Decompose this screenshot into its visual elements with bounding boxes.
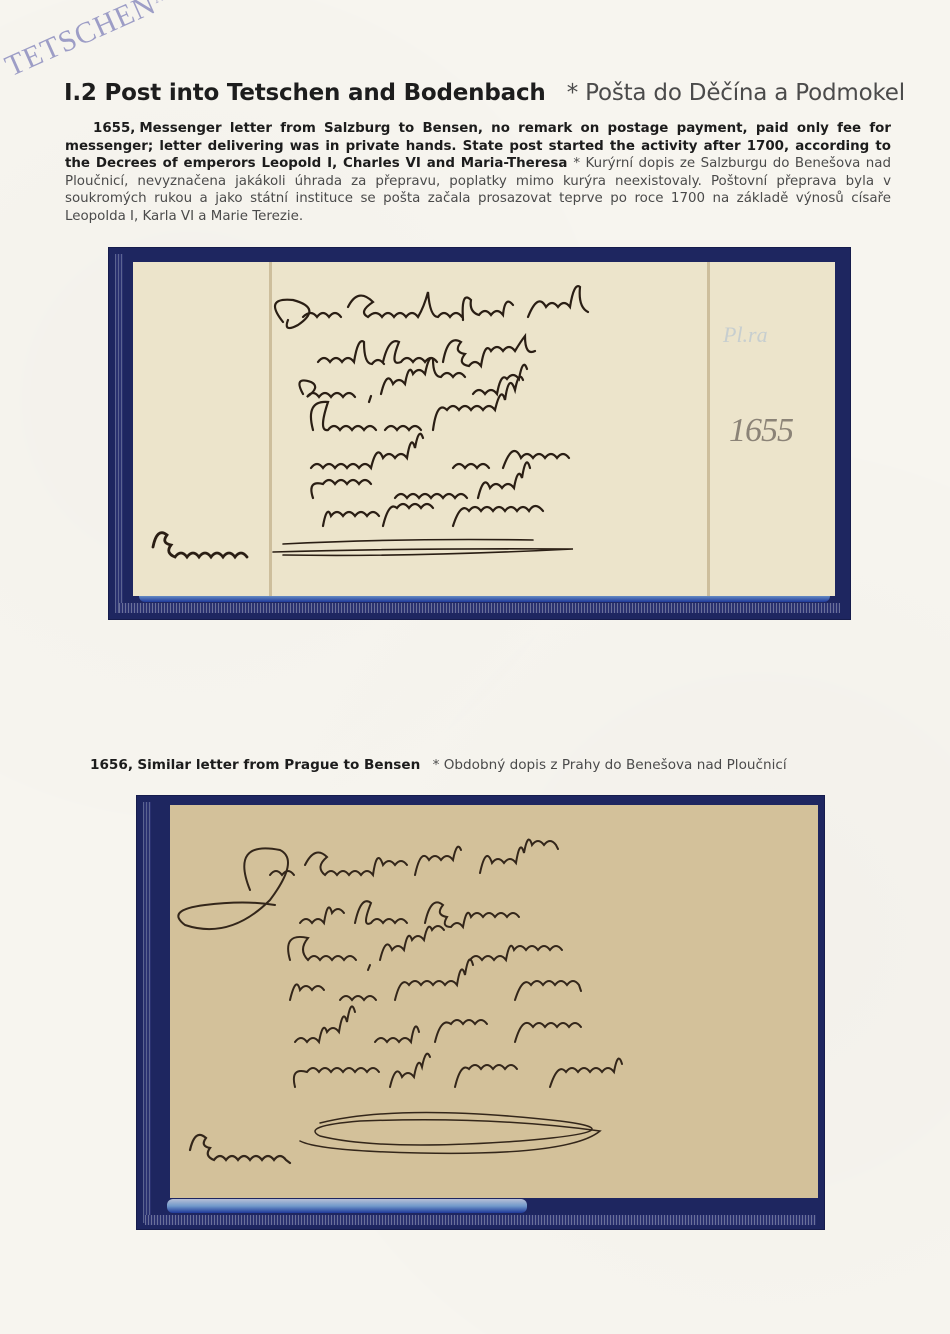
page-title: I.2 Post into Tetschen and Bodenbach * P… [64, 80, 894, 106]
exhibit-2-caption: 1656, Similar letter from Prague to Bens… [90, 757, 787, 773]
handwritten-address [133, 262, 835, 596]
letter-2-paper: Bensen. [170, 805, 818, 1198]
letter-1-paper: Pl.ra 1655 Bensen [133, 262, 835, 596]
stamp-main-text: TETSCHEN [0, 0, 161, 83]
mount-glare [167, 1199, 527, 1213]
letter-1-mount: Pl.ra 1655 Bensen [109, 248, 850, 619]
tetschen-postmark-stamp: TETSCHENA/DELBE [0, 0, 227, 84]
handwritten-address [170, 805, 818, 1198]
exhibit-1-year: 1655, [93, 121, 135, 136]
page-title-cz: * Pošta do Děčína a Podmokel [567, 80, 905, 106]
exhibit-1-description: 1655,Messenger letter from Salzburg to B… [65, 120, 891, 226]
exhibit-2-year: 1656, [90, 757, 133, 773]
stamp-ad-text: A/D [151, 0, 184, 7]
exhibit-2-caption-cz: * Obdobný dopis z Prahy do Benešova nad … [433, 757, 787, 773]
mount-edge-stripe [119, 603, 840, 613]
page-title-en: I.2 Post into Tetschen and Bodenbach [64, 80, 546, 106]
mount-edge-stripe [145, 1215, 816, 1225]
exhibit-2-caption-en: Similar letter from Prague to Bensen [137, 757, 420, 773]
mount-edge-stripe [115, 254, 123, 613]
mount-edge-stripe [143, 802, 151, 1223]
letter-2-mount: Bensen. [137, 796, 824, 1229]
